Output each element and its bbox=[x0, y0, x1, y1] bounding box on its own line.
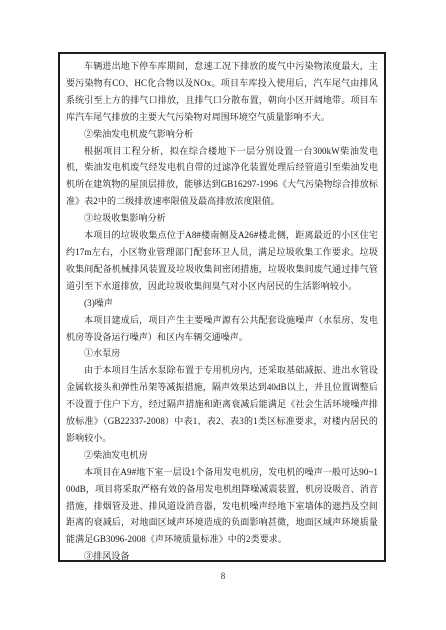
document-body-cell: 车辆进出地下停车库期间，怠速工况下排放的废气中污染物浓度最大，主要污染物有CO、… bbox=[58, 52, 386, 562]
page-number: 8 bbox=[0, 571, 446, 581]
heading-exhaust-equipment: ③排风设备 bbox=[66, 548, 378, 562]
heading-water-pump-room: ①水泵房 bbox=[66, 345, 378, 362]
heading-garbage-collection: ③垃圾收集影响分析 bbox=[66, 210, 378, 227]
paragraph-diesel-generator-exhaust: 根据项目工程分析，拟在综合楼地下一层分别设置一台300kW柴油发电机，柴油发电机… bbox=[66, 143, 378, 211]
paragraph-noise-sources: 本项目建成后，项目产生主要噪声源有公共配套设施噪声（水泵房、发电机房等设备运行噪… bbox=[66, 312, 378, 346]
paragraph-vehicle-exhaust: 车辆进出地下停车库期间，怠速工况下排放的废气中污染物浓度最大，主要污染物有CO、… bbox=[66, 58, 378, 126]
heading-diesel-generator-exhaust: ②柴油发电机废气影响分析 bbox=[66, 126, 378, 143]
document-page: 车辆进出地下停车库期间，怠速工况下排放的废气中污染物浓度最大，主要污染物有CO、… bbox=[0, 0, 446, 630]
heading-diesel-generator-room: ②柴油发电机房 bbox=[66, 447, 378, 464]
paragraph-water-pump-room: 由于本项目生活水泵除布置于专用机房内，还采取基础减振、进出水管设金属软接头和弹性… bbox=[66, 362, 378, 447]
paragraph-diesel-generator-room: 本项目在A9#地下室一层设1个备用发电机房，发电机的噪声一般可达90~100dB… bbox=[66, 464, 378, 549]
paragraph-garbage-collection: 本项目的垃圾收集点位于A8#楼南侧及A26#楼北侧，距离最近的小区住宅约17m左… bbox=[66, 227, 378, 295]
heading-noise: (3)噪声 bbox=[66, 295, 378, 312]
